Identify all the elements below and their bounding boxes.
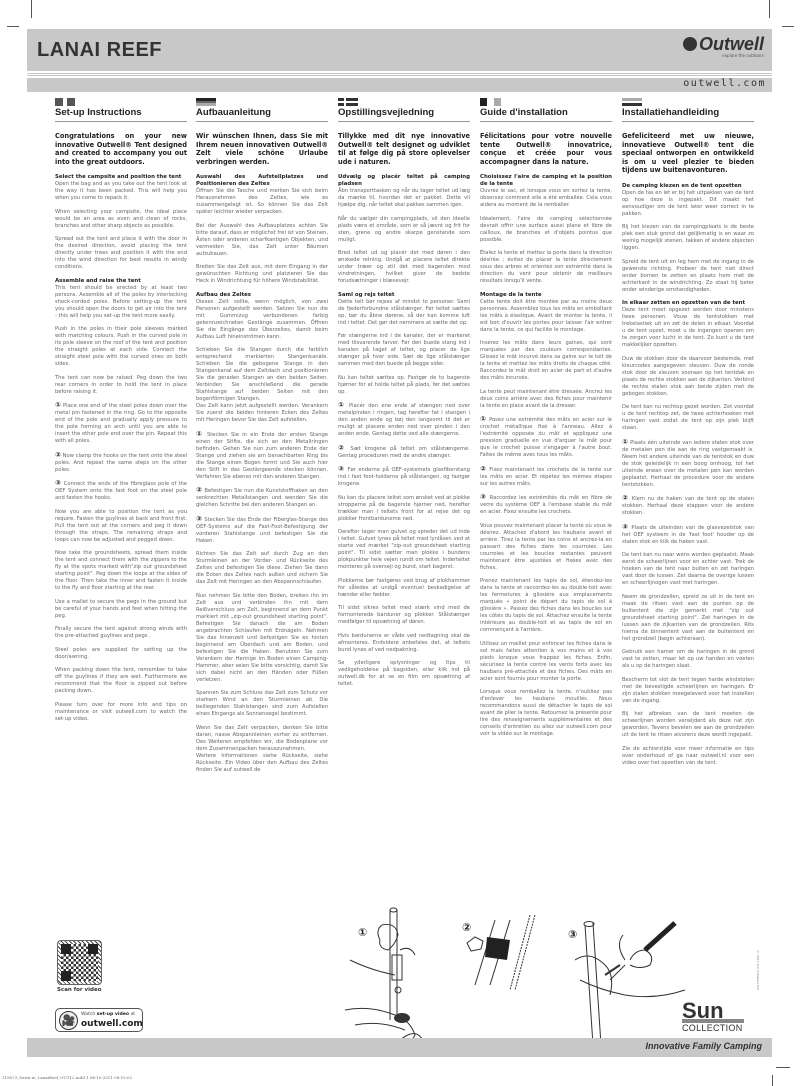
step-number: ③ xyxy=(196,515,202,523)
title-banner: LANAI REEF Outwell explore the outdoors xyxy=(27,29,772,71)
paragraph: Utilisez un maillet pour enfoncer les fi… xyxy=(480,641,612,683)
step-number: ② xyxy=(338,444,346,452)
step-2: ② Fixez maintenant les crochets de la te… xyxy=(480,466,612,488)
paragraph: Prenez maintenant les tapis de sol, éten… xyxy=(480,578,612,634)
paragraph: The tent can now be raised. Peg down the… xyxy=(55,375,187,396)
video-link[interactable]: outwell.com xyxy=(81,1019,143,1029)
paragraph: Plokkerne bør fastgøres ved brug af plok… xyxy=(338,578,470,599)
paragraph: Breiten Sie das Zelt aus, mit dem Eingan… xyxy=(196,264,328,285)
paragraph: Se yderligere oplysninger og tips til ve… xyxy=(338,660,470,688)
column-danish: Opstillingsvejledning Tillykke med dit n… xyxy=(338,98,470,695)
step-2: ② Klem nu de haken van de tent op de sta… xyxy=(622,495,754,517)
step-number: ① xyxy=(622,438,628,446)
paragraph: Bij het kiezen van de campingplaats is d… xyxy=(622,224,754,252)
paragraph: La tente peut maintenant être dressée. A… xyxy=(480,389,612,410)
paragraph: Gebruik een hamer om de haringen in de g… xyxy=(622,649,754,670)
de-flag-icon xyxy=(196,98,216,106)
step-1: ① Plaats één uiteinde van iedere stalen … xyxy=(622,439,754,489)
crop-mark xyxy=(7,26,19,27)
paragraph: When selecting your campsite, the ideal … xyxy=(55,209,187,230)
outwell-logo: Outwell explore the outdoors xyxy=(683,34,764,58)
section-heading: Assemble and raise the tent xyxy=(55,278,187,285)
paragraph: De tent kan nu rechtop gezet worden. Zet… xyxy=(622,404,754,432)
paragraph: Derefter tager man gulvet og spreder det… xyxy=(338,529,470,571)
paragraph: When packing down the tent, remember to … xyxy=(55,667,187,695)
section-heading: Select the campsite and position the ten… xyxy=(55,174,187,181)
step-1: ① Stecken Sie in ein Ende der ersten Sta… xyxy=(196,431,328,481)
step-1: ① Posez une extrémité des mâts en acier … xyxy=(480,416,612,459)
intro-text: Félicitations pour votre nouvelle tente … xyxy=(480,132,612,166)
section-heading: Aufbau des Zeltes xyxy=(196,292,328,299)
divider xyxy=(27,75,772,76)
step-number: ② xyxy=(55,451,61,459)
paragraph: Wenn Sie das Zelt verpacken, denken Sie … xyxy=(196,725,328,753)
language-heading: Opstillingsvejledning xyxy=(338,107,470,122)
paragraph: Åbn transporttasken og når du tager telt… xyxy=(338,188,470,209)
paragraph: Lorsque vous remballez la tente, n'oubli… xyxy=(480,689,612,738)
paragraph: Now take the groundsheets, spread them i… xyxy=(55,550,187,592)
paragraph: Spannen Sie zum Schluss das Zelt zum Sch… xyxy=(196,690,328,718)
column-english: Set-up Instructions Congratulations on y… xyxy=(55,98,187,729)
nl-flag-icon xyxy=(622,98,642,106)
collection-label: COLLECTION xyxy=(682,1023,743,1033)
section-heading: De camping kiezen en de tent opzetten xyxy=(622,183,754,190)
paragraph: Open de tas en let er bij het uitpakken … xyxy=(622,190,754,218)
crop-mark xyxy=(31,0,32,18)
footer-banner: Innovative Family Camping xyxy=(27,1038,772,1057)
intro-text: Wir wünschen Ihnen, dass Sie mit Ihrem n… xyxy=(196,132,328,166)
step-number: ① xyxy=(196,430,204,438)
step-number: ③ xyxy=(338,465,345,473)
video-camera-icon: 🎥 xyxy=(59,1011,78,1030)
paragraph: Étalez la tente et mettez la porte dans … xyxy=(480,250,612,285)
paragraph: Bij het afbreken van de tent moeten de s… xyxy=(622,711,754,739)
step-2: ② Befestigen Sie nun die Kunststoffhaken… xyxy=(196,487,328,509)
paragraph: Zie de achterzijde voor meer informatie … xyxy=(622,746,754,767)
paragraph: Vous pouvez maintenant placer la tente o… xyxy=(480,523,612,572)
divider xyxy=(27,73,772,74)
step-3: ③ Connect the ends of the fibreglass pol… xyxy=(55,480,187,502)
step-1: ① Placér den ene ende af stængen ned ove… xyxy=(338,402,470,438)
paragraph: De tent kan nu naar wens worden geplaats… xyxy=(622,552,754,587)
crop-mark xyxy=(776,1067,790,1068)
paragraph: Nun nehmen Sie bitte den Boden, breiten … xyxy=(196,593,328,684)
paragraph: Weitere Informationen siehe Rückseite, s… xyxy=(196,753,328,774)
step-number: ③ xyxy=(55,479,61,487)
product-title: LANAI REEF xyxy=(37,39,162,62)
step-number: ① xyxy=(480,415,487,423)
column-french: Guide d'installation Félicitations pour … xyxy=(480,98,612,745)
paragraph: Use a mallet to secure the pegs in the g… xyxy=(55,599,187,620)
paragraph: Dette telt bør rejses af mindst to perso… xyxy=(338,299,470,327)
paragraph: Bescherm tot slot de tent tegen harde wi… xyxy=(622,677,754,705)
intro-text: Congratulations on your new innovative O… xyxy=(55,132,187,166)
paragraph: Nu kan du placere teltet som ønsket ved … xyxy=(338,495,470,523)
paragraph: Now you are able to position the tent as… xyxy=(55,509,187,544)
outwell-logo-icon xyxy=(683,37,697,51)
uk-flag-icon xyxy=(55,98,75,106)
website-url[interactable]: outwell.com xyxy=(683,78,766,89)
paragraph: Spread out the tent and place it with th… xyxy=(55,236,187,271)
paragraph: Insérez les mâts dans leurs gaines, qui … xyxy=(480,340,612,382)
step-number: ③ xyxy=(622,523,629,531)
section-heading: In elkaar zetten en opzetten van de tent xyxy=(622,300,754,307)
language-heading: Guide d'installation xyxy=(480,107,612,122)
step-number: ② xyxy=(622,494,629,502)
language-heading: Set-up Instructions xyxy=(55,107,187,122)
paragraph: Spreid de tent uit en leg hem met de ing… xyxy=(622,259,754,294)
section-heading: Montage de la tente xyxy=(480,292,612,299)
step-1: ① Place one end of the steel poles down … xyxy=(55,402,187,445)
paragraph: Bei der Auswahl des Aufbauplatzes achten… xyxy=(196,223,328,258)
column-german: Aufbauanleitung Wir wünschen Ihnen, dass… xyxy=(196,98,328,780)
url-banner: outwell.com xyxy=(27,78,772,92)
step-3: ③ Plaats de uiteinden van de glasvezelst… xyxy=(622,524,754,546)
step-2: ② Now clamp the hooks on the tent onto t… xyxy=(55,452,187,474)
paragraph: Bred teltet ud og placér det med døren i… xyxy=(338,250,470,285)
step-number: ① xyxy=(338,401,346,409)
language-heading: Aufbauanleitung xyxy=(196,107,328,122)
paragraph: Ouvrez le sac, et lorsque vous en sortez… xyxy=(480,188,612,209)
qr-code[interactable] xyxy=(57,940,102,985)
footer-tagline: Innovative Family Camping xyxy=(645,1041,762,1051)
step-3: ③ Raccordez les extrémités du mât en fib… xyxy=(480,494,612,516)
paragraph: Steel poles are supplied for setting up … xyxy=(55,647,187,661)
paragraph: Das Zelt kann jetzt aufgestellt werden. … xyxy=(196,403,328,424)
paragraph: Dieses Zelt sollte, wenn möglich, von zw… xyxy=(196,299,328,341)
qr-label: Scan for video xyxy=(57,987,101,993)
paragraph: Open the bag and as you take out the ten… xyxy=(55,181,187,202)
crop-mark xyxy=(782,26,794,27)
paragraph: Finally secure the tent against strong w… xyxy=(55,626,187,640)
paragraph: Deze tent moet opgezet worden door minst… xyxy=(622,307,754,349)
paragraph: This tent should be erected by at least … xyxy=(55,285,187,320)
paragraph: Hvis bardunerne er våde ved nedtagning s… xyxy=(338,633,470,654)
paragraph: Nu kan teltet sættes op. Fastgør de to b… xyxy=(338,375,470,396)
print-slug: 118073_Sewn-in_LanaiReef_OUT12.indd 1 04… xyxy=(2,1075,132,1080)
step-number: ① xyxy=(55,401,61,409)
section-heading: Udvælg og placér teltet på camping plads… xyxy=(338,174,470,188)
paragraph: Til sidst sikres teltet med stærk vind m… xyxy=(338,605,470,626)
paragraph: Please turn over for more info and tips … xyxy=(55,702,187,723)
hook-clamp-illustration xyxy=(465,915,545,990)
dk-flag-icon xyxy=(338,98,358,106)
fr-flag-icon xyxy=(480,98,502,106)
section-heading: Saml og rejs teltet xyxy=(338,292,470,299)
language-heading: Installatiehandleiding xyxy=(622,107,754,122)
section-heading: Choisissez l'aire de camping et la posit… xyxy=(480,174,612,188)
step-number: ② xyxy=(196,486,202,494)
paragraph: Før stængerne ind i de kanaler, der er m… xyxy=(338,333,470,368)
intro-text: Tillykke med dit nye innovative Outwell®… xyxy=(338,132,470,166)
section-heading: Auswahl des Aufstellplatzes und Position… xyxy=(196,174,328,188)
paragraph: Idéalement, l'aire de camping sélectionn… xyxy=(480,216,612,244)
intro-text: Gefeliciteerd met uw nieuwe, innovatieve… xyxy=(622,132,754,175)
paragraph: Når du vælger din campingplads, vil den … xyxy=(338,216,470,244)
paragraph: Schieben Sie die Stangen durch die farbl… xyxy=(196,347,328,403)
column-dutch: Installatiehandleiding Gefeliciteerd met… xyxy=(622,98,754,773)
paragraph: Öffnen Sie die Tasche und merken Sie sic… xyxy=(196,188,328,216)
step-3: ③ Før enderne på OEF-systemets glasfiber… xyxy=(338,466,470,488)
pole-pin-illustration xyxy=(340,900,445,1045)
step-number: ③ xyxy=(480,493,487,501)
step-number: ② xyxy=(480,465,487,473)
paragraph: Duw de stokken door de daarvoor bestemde… xyxy=(622,356,754,398)
copyright-note: © 2011 Sun Outdoors Ltd xyxy=(756,950,760,990)
paragraph: Cette tente doit être montée par au moin… xyxy=(480,299,612,334)
paragraph: Push in the poles in their pole sleeves … xyxy=(55,326,187,368)
watch-video-badge[interactable]: 🎥 Watch set-up video at outwell.com xyxy=(55,1008,143,1032)
crop-mark xyxy=(769,0,770,18)
crop-mark xyxy=(772,1075,773,1086)
paragraph: Richten Sie das Zelt auf durch Zug an de… xyxy=(196,551,328,586)
paragraph: Neem de grondzeilen, spreid ze uit in de… xyxy=(622,594,754,643)
step-3: ③ Stecken Sie das Ende der Fiberglas-Sta… xyxy=(196,516,328,545)
step-2: ② Sæt krogene på teltet om stålstængerne… xyxy=(338,445,470,460)
